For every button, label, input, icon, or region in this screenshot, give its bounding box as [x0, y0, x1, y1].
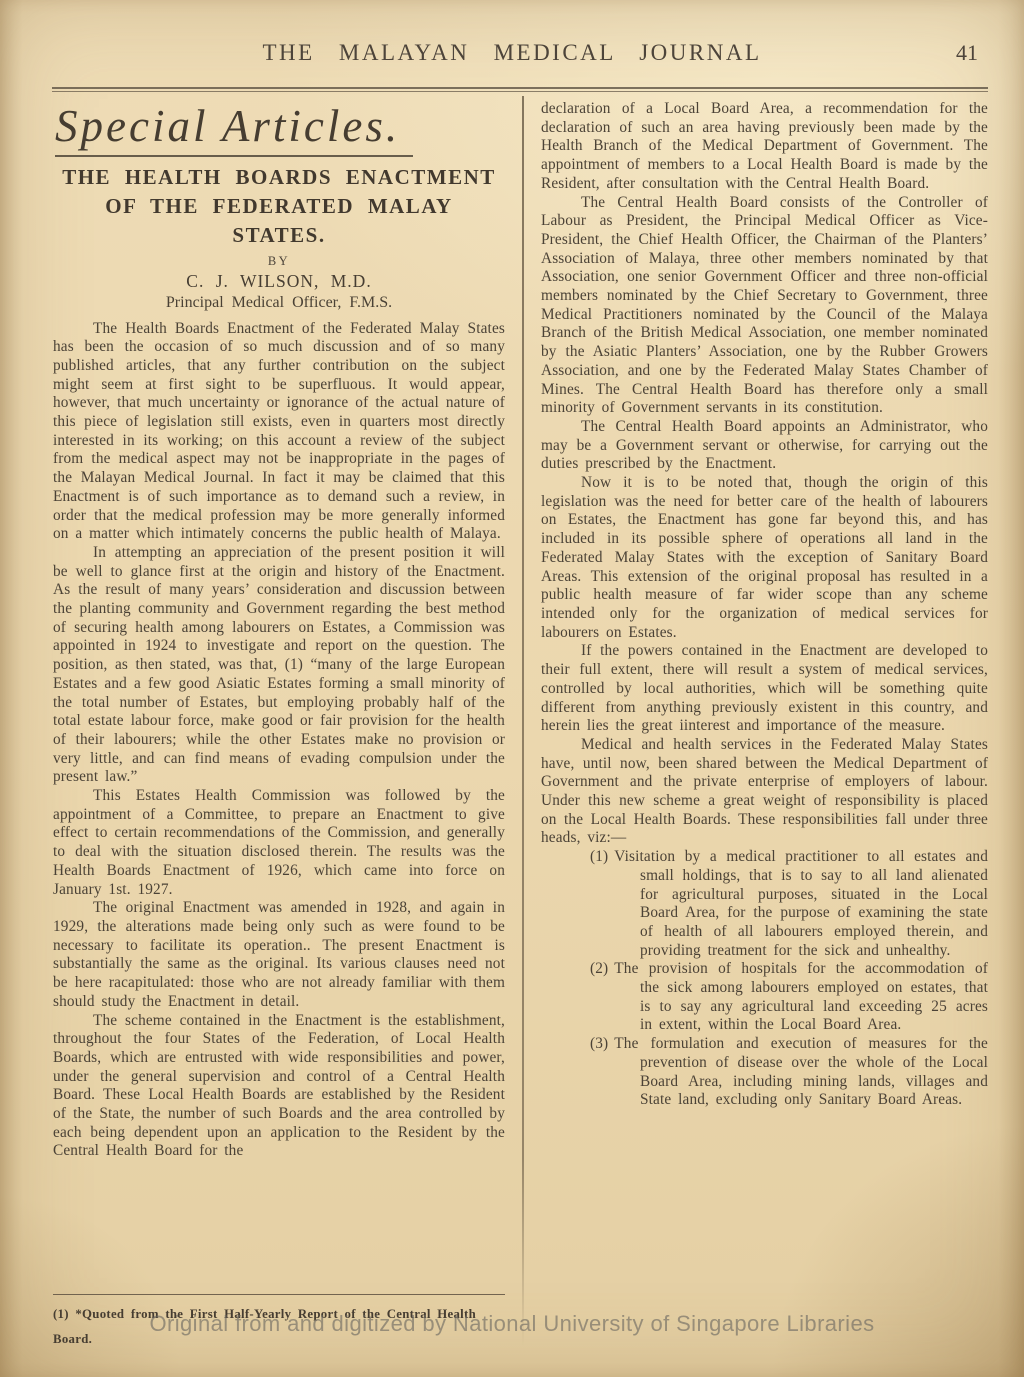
author-role: Principal Medical Officer, F.M.S.: [53, 294, 505, 312]
author-name: C. J. WILSON, M.D.: [53, 271, 505, 292]
section-title: Special Articles.: [53, 102, 505, 153]
paragraph: If the powers contained in the Enactment…: [541, 642, 988, 736]
journal-title: THE MALAYAN MEDICAL JOURNAL: [0, 40, 1024, 66]
paragraph: The Health Boards Enactment of the Feder…: [53, 320, 505, 544]
column-divider: [522, 96, 524, 1346]
list-item: (3)The formulation and execution of meas…: [541, 1035, 988, 1110]
list-item-text: The provision of hospitals for the accom…: [614, 960, 988, 1033]
list-item: (2)The provision of hospitals for the ac…: [541, 960, 988, 1035]
paragraph: Now it is to be noted that, though the o…: [541, 474, 988, 642]
section-title-underline: [55, 155, 413, 157]
left-column-body: The Health Boards Enactment of the Feder…: [53, 320, 505, 1162]
list-item: (1)Visitation by a medical practitioner …: [541, 848, 988, 960]
byline-label: BY: [53, 254, 505, 269]
paragraph: declaration of a Local Board Area, a rec…: [541, 100, 988, 194]
header-rule: [52, 87, 988, 92]
list-item-text: The formulation and execution of measure…: [614, 1035, 988, 1108]
right-column: declaration of a Local Board Area, a rec…: [541, 100, 988, 1110]
left-column: Special Articles. THE HEALTH BOARDS ENAC…: [53, 102, 505, 1161]
right-column-body: declaration of a Local Board Area, a rec…: [541, 100, 988, 1110]
footnote: (1) *Quoted from the First Half-Yearly R…: [53, 1294, 505, 1352]
list-item-marker: (1): [590, 848, 614, 865]
list-item-marker: (3): [590, 1035, 614, 1052]
page-number: 41: [956, 40, 978, 66]
journal-page: THE MALAYAN MEDICAL JOURNAL 41 Special A…: [0, 0, 1024, 1377]
paragraph: In attempting an appreciation of the pre…: [53, 544, 505, 787]
paragraph: The original Enactment was amended in 19…: [53, 899, 505, 1011]
paragraph: The Central Health Board appoints an Adm…: [541, 418, 988, 474]
list-item-marker: (2): [590, 960, 614, 977]
paragraph: This Estates Health Commission was follo…: [53, 787, 505, 899]
paragraph: Medical and health services in the Feder…: [541, 736, 988, 848]
paragraph: The scheme contained in the Enactment is…: [53, 1012, 505, 1162]
paragraph: The Central Health Board consists of the…: [541, 194, 988, 418]
list-item-text: Visitation by a medical practitioner to …: [614, 848, 988, 959]
article-title: THE HEALTH BOARDS ENACTMENT OF THE FEDER…: [53, 163, 505, 250]
